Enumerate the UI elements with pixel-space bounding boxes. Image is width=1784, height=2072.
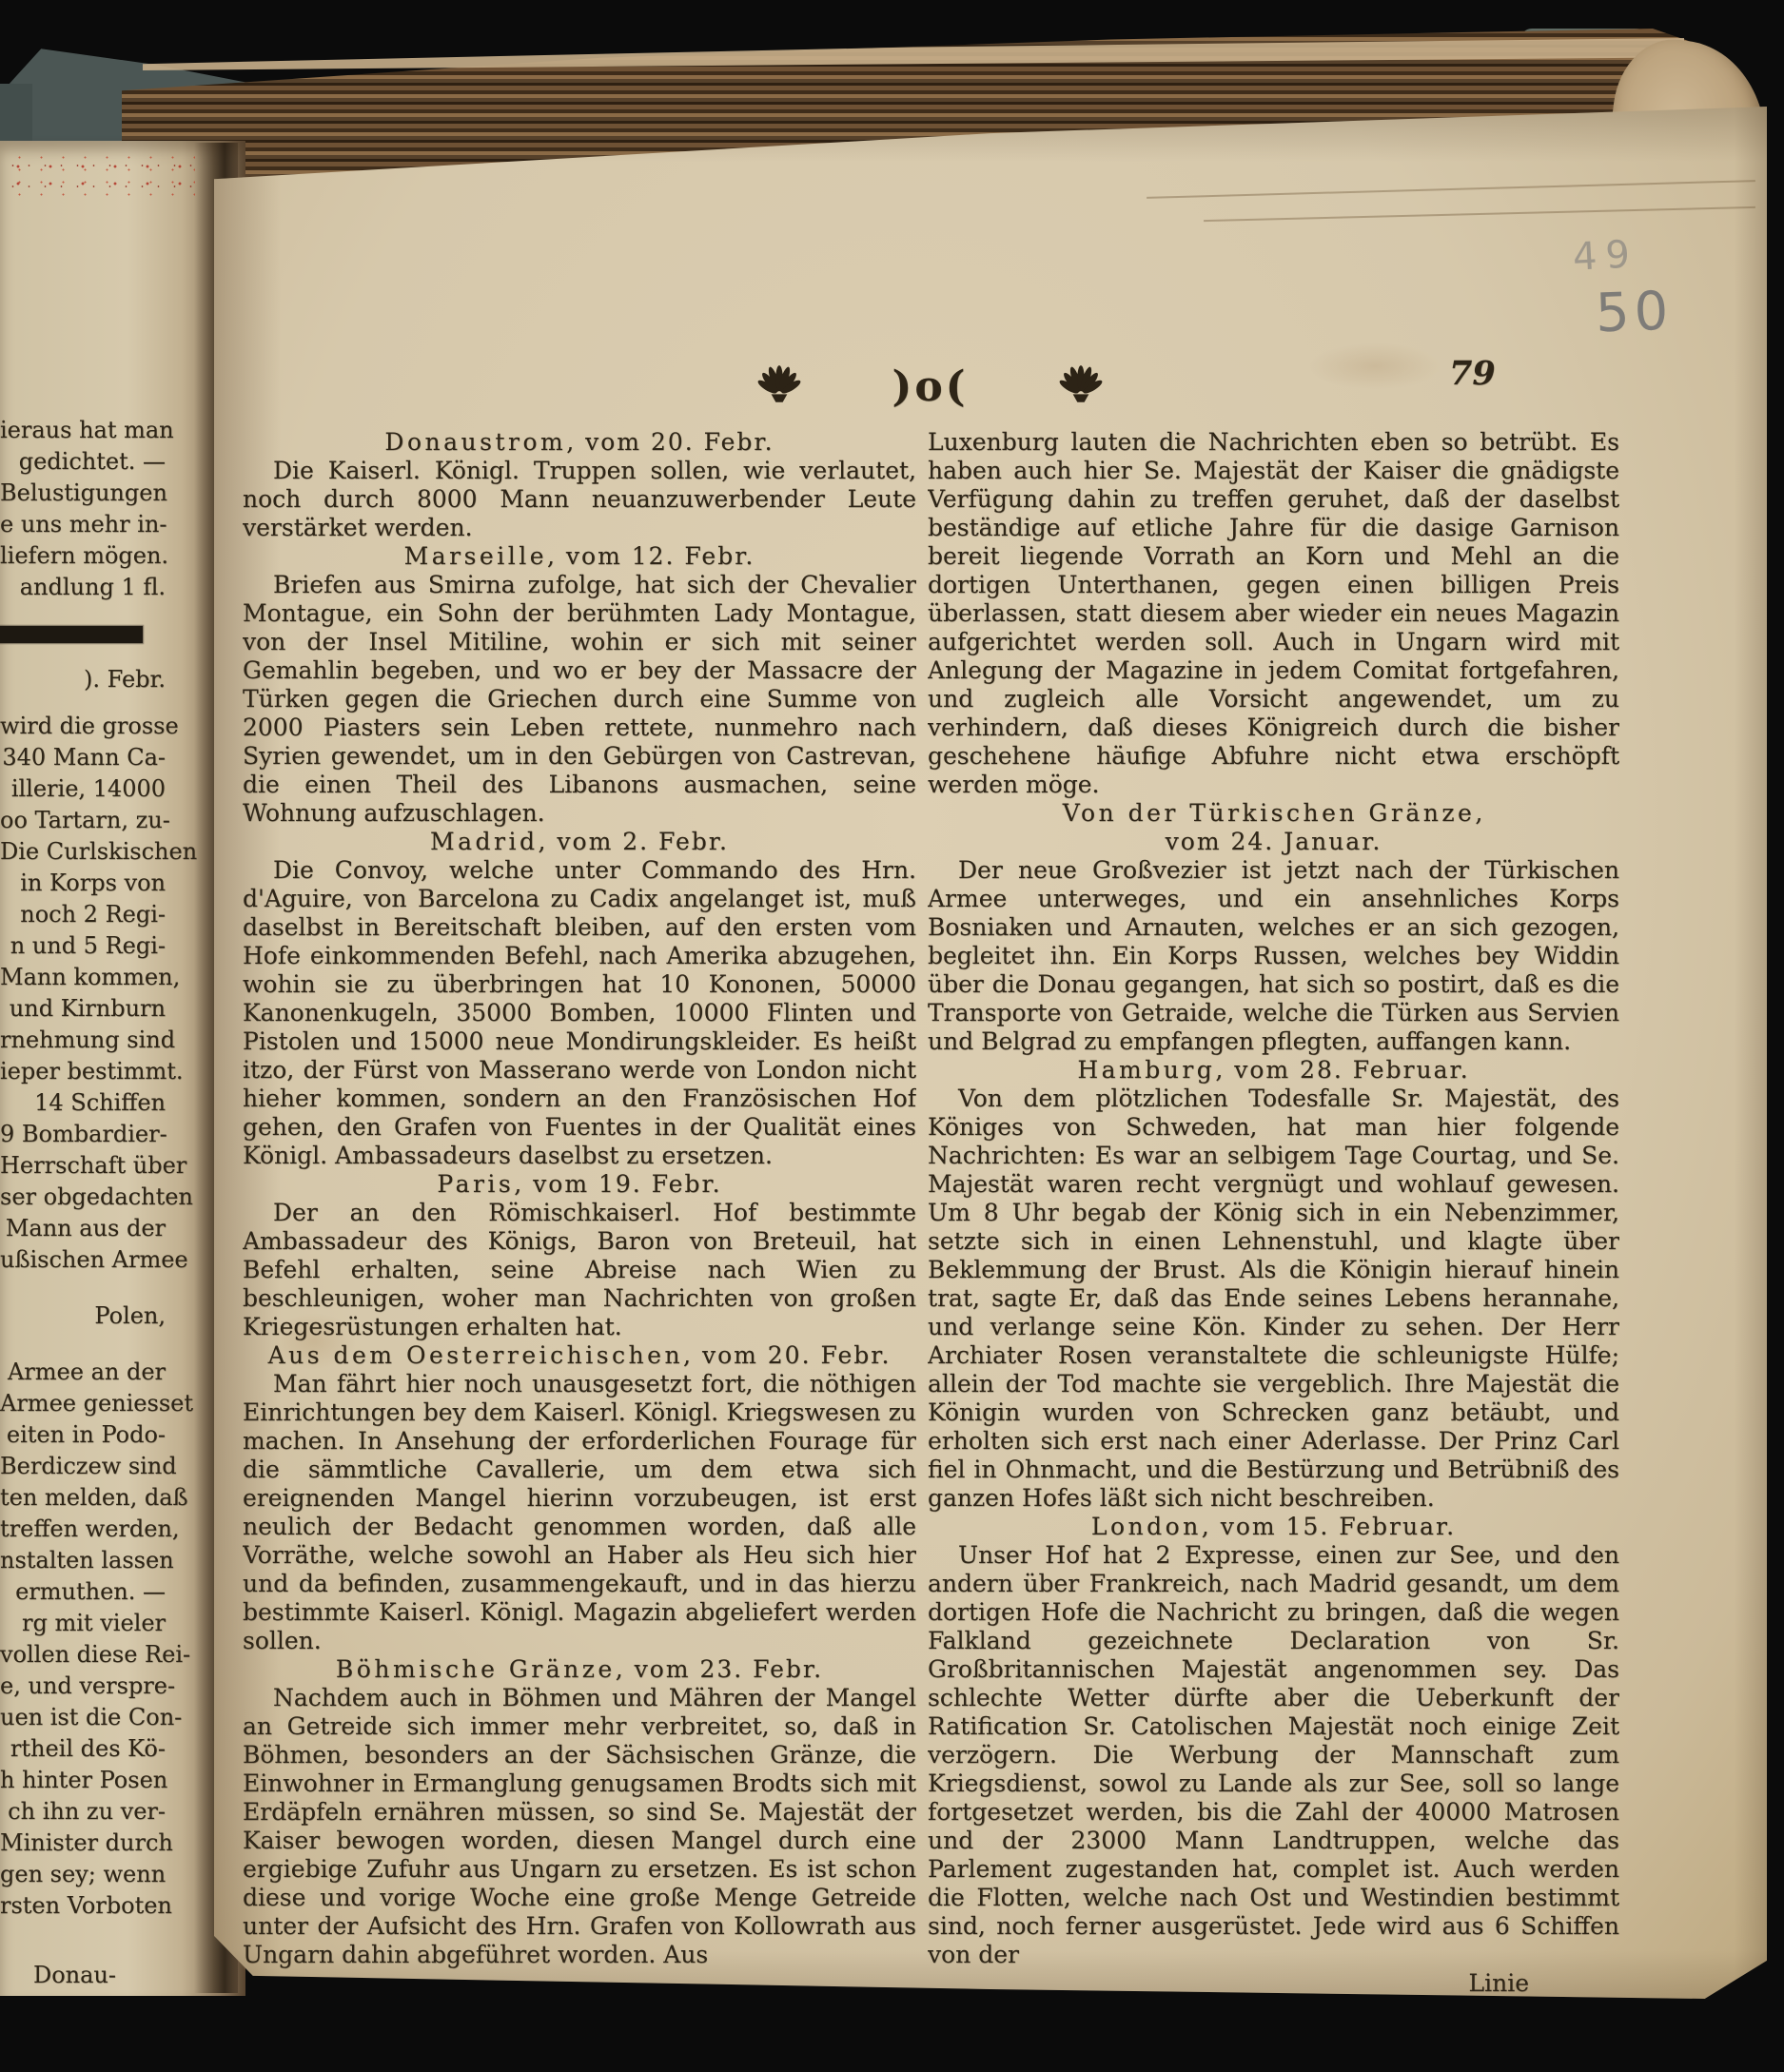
news-section: Luxenburg lauten die Nachrichten eben so… <box>928 428 1619 799</box>
dateline-place: Paris <box>437 1170 514 1198</box>
handwritten-folio-mark: 50 <box>1595 281 1674 345</box>
dateline-date: , vom 20. Febr. <box>566 428 774 456</box>
section-body: Von dem plötzlichen Todesfalle Sr. Majes… <box>928 1085 1619 1513</box>
facing-page-text: ieraus hat mangedichtet. —Belustigungene… <box>0 415 166 1991</box>
news-section: Von der Türkischen Gränze, vom 24. Janua… <box>928 799 1619 1056</box>
news-section: Böhmische Gränze, vom 23. Febr. Nachdem … <box>243 1655 916 1969</box>
facing-page-line: uen ist die Con- <box>0 1702 166 1733</box>
facing-page-line: rsten Vorboten <box>0 1890 166 1922</box>
facing-gap <box>0 695 166 711</box>
paper-crease <box>1147 180 1755 199</box>
section-body: Nachdem auch in Böhmen und Mähren der Ma… <box>243 1684 916 1969</box>
news-section: Aus dem Oesterreichischen, vom 20. Febr.… <box>243 1341 916 1655</box>
facing-page-line: ermuthen. — <box>0 1576 166 1608</box>
section-heading-line2: vom 24. Januar. <box>928 828 1619 856</box>
facing-page-line: ). Febr. <box>0 664 166 695</box>
news-section: Donaustrom, vom 20. Febr. Die Kaiserl. K… <box>243 428 916 542</box>
section-heading: Madrid, vom 2. Febr. <box>243 828 916 856</box>
left-text-column: Donaustrom, vom 20. Febr. Die Kaiserl. K… <box>243 428 916 1974</box>
dateline-place: Madrid <box>430 828 538 855</box>
news-section: Marseille, vom 12. Febr. Briefen aus Smi… <box>243 542 916 828</box>
dateline-date: , vom 28. Februar. <box>1215 1056 1469 1084</box>
facing-page-line: noch 2 Regi- <box>0 899 166 930</box>
facing-page-line: vollen diese Rei- <box>0 1639 166 1671</box>
section-body: Man fährt hier noch unausgesetzt fort, d… <box>243 1370 916 1655</box>
section-divider-rule <box>0 626 143 643</box>
facing-page-line: liefern mögen. <box>0 540 166 572</box>
facing-page-line: gedichtet. — <box>0 446 166 478</box>
section-heading: Hamburg, vom 28. Februar. <box>928 1056 1619 1085</box>
section-body: Luxenburg lauten die Nachrichten eben so… <box>928 428 1619 799</box>
news-section: Paris, vom 19. Febr. Der an den Römischk… <box>243 1170 916 1341</box>
facing-page-line: gen sey; wenn <box>0 1859 166 1890</box>
facing-page-line: ch ihn zu ver- <box>0 1796 166 1828</box>
facing-page-line: ußischen Armee <box>0 1244 166 1276</box>
section-body: Die Convoy, welche unter Commando des Hr… <box>243 856 916 1170</box>
section-body: Briefen aus Smirna zufolge, hat sich der… <box>243 571 916 828</box>
facing-page-line: 340 Mann Ca- <box>0 742 166 773</box>
book-scan-photo: ieraus hat mangedichtet. —Belustigungene… <box>0 0 1784 2072</box>
section-heading: Donaustrom, vom 20. Febr. <box>243 428 916 457</box>
facing-page-line: ten melden, daß <box>0 1482 166 1514</box>
facing-page-line: treffen werden, <box>0 1514 166 1545</box>
facing-page-line: rg mit vieler <box>0 1608 166 1639</box>
section-heading: Böhmische Gränze, vom 23. Febr. <box>243 1655 916 1684</box>
facing-page-line: und Kirnburn <box>0 993 166 1025</box>
facing-page-line: 9 Bombardier- <box>0 1119 166 1150</box>
facing-page-line: h hinter Posen <box>0 1765 166 1796</box>
facing-page-line: Polen, <box>0 1300 166 1332</box>
paper-crease <box>1204 206 1755 222</box>
facing-page-line: ser obgedachten <box>0 1182 166 1213</box>
facing-page-line: illerie, 14000 <box>0 773 166 805</box>
facing-page-line: oo Tartarn, zu- <box>0 805 166 836</box>
facing-page-line: Mann aus der <box>0 1213 166 1244</box>
facing-catchword: Donau- <box>0 1960 166 1991</box>
facing-page-line: Die Curlskischen <box>0 836 166 868</box>
facing-page-line: Minister durch <box>0 1828 166 1859</box>
section-heading: Von der Türkischen Gränze, <box>928 799 1619 828</box>
dateline-place: Böhmische Gränze <box>336 1655 616 1683</box>
dateline-date: , <box>1475 799 1484 827</box>
dateline-date: , vom 12. Febr. <box>547 542 755 570</box>
news-section: London, vom 15. Februar. Unser Hof hat 2… <box>928 1513 1619 1969</box>
shell-fleuron-icon <box>757 365 801 409</box>
header-ornament-row: )o( <box>243 365 1617 409</box>
dateline-place: Aus dem Oesterreichischen <box>268 1341 683 1369</box>
facing-page-line: andlung 1 fl. <box>0 572 166 603</box>
section-heading: Paris, vom 19. Febr. <box>243 1170 916 1199</box>
facing-page-line: rtheil des Kö- <box>0 1733 166 1765</box>
dateline-date: , vom 23. Febr. <box>616 1655 823 1683</box>
page-number: 79 <box>1449 354 1496 393</box>
facing-page-line: ieper bestimmt. <box>0 1056 166 1087</box>
facing-page-line: e, und verspre- <box>0 1671 166 1702</box>
newspaper-page: 49 50 )o( <box>214 95 1767 2003</box>
section-body: Der an den Römischkaiserl. Hof bestimmte… <box>243 1199 916 1341</box>
right-text-column: Luxenburg lauten die Nachrichten eben so… <box>928 428 1619 2012</box>
text-columns: Donaustrom, vom 20. Febr. Die Kaiserl. K… <box>243 428 1619 2012</box>
facing-page-line: Mann kommen, <box>0 962 166 993</box>
facing-page-line: Belustigungen <box>0 478 166 509</box>
facing-page-line: eiten in Podo- <box>0 1419 166 1451</box>
section-body: Unser Hof hat 2 Expresse, einen zur See,… <box>928 1541 1619 1969</box>
facing-gap <box>0 1276 166 1300</box>
section-heading: Aus dem Oesterreichischen, vom 20. Febr. <box>243 1341 916 1370</box>
catchword: Linie <box>928 1969 1619 1998</box>
facing-page-line: 14 Schiffen <box>0 1087 166 1119</box>
dateline-place: Von der Türkischen Gränze <box>1063 799 1476 827</box>
red-sprinkled-edge <box>0 154 195 196</box>
section-body: Die Kaiserl. Königl. Truppen sollen, wie… <box>243 457 916 542</box>
section-heading: Marseille, vom 12. Febr. <box>243 542 916 571</box>
facing-page-line: Berdiczew sind <box>0 1451 166 1482</box>
dateline-date: , vom 19. Febr. <box>514 1170 721 1198</box>
facing-page-line: ieraus hat man <box>0 415 166 446</box>
facing-gap <box>0 603 166 616</box>
dateline-place: London <box>1091 1513 1202 1540</box>
dateline-place: Marseille <box>404 542 547 570</box>
facing-page-line: Herrschaft über <box>0 1150 166 1182</box>
news-section: Hamburg, vom 28. Februar. Von dem plötzl… <box>928 1056 1619 1513</box>
facing-page-line: e uns mehr in- <box>0 509 166 540</box>
dateline-place: Hamburg <box>1077 1056 1215 1084</box>
facing-page-line: Armee geniesset <box>0 1388 166 1419</box>
facing-gap <box>0 1332 166 1357</box>
facing-gap <box>0 655 166 664</box>
dateline-place: Donaustrom <box>384 428 566 456</box>
printer-ornament: )o( <box>892 366 969 408</box>
section-heading: London, vom 15. Februar. <box>928 1513 1619 1541</box>
facing-page-line: n und 5 Regi- <box>0 930 166 962</box>
facing-page-line: wird die grosse <box>0 711 166 742</box>
section-body: Der neue Großvezier ist jetzt nach der T… <box>928 856 1619 1056</box>
news-section: Madrid, vom 2. Febr. Die Convoy, welche … <box>243 828 916 1170</box>
handwritten-folio-mark-faint: 49 <box>1572 232 1639 280</box>
facing-page-line: rnehmung sind <box>0 1025 166 1056</box>
facing-page-line: Armee an der <box>0 1357 166 1388</box>
dateline-date: , vom 20. Febr. <box>683 1341 891 1369</box>
facing-page-line: in Korps von <box>0 868 166 899</box>
facing-page-line: nstalten lassen <box>0 1545 166 1576</box>
dateline-date: , vom 2. Febr. <box>539 828 729 855</box>
dateline-date: , vom 15. Februar. <box>1202 1513 1456 1540</box>
shell-fleuron-icon <box>1059 365 1103 409</box>
